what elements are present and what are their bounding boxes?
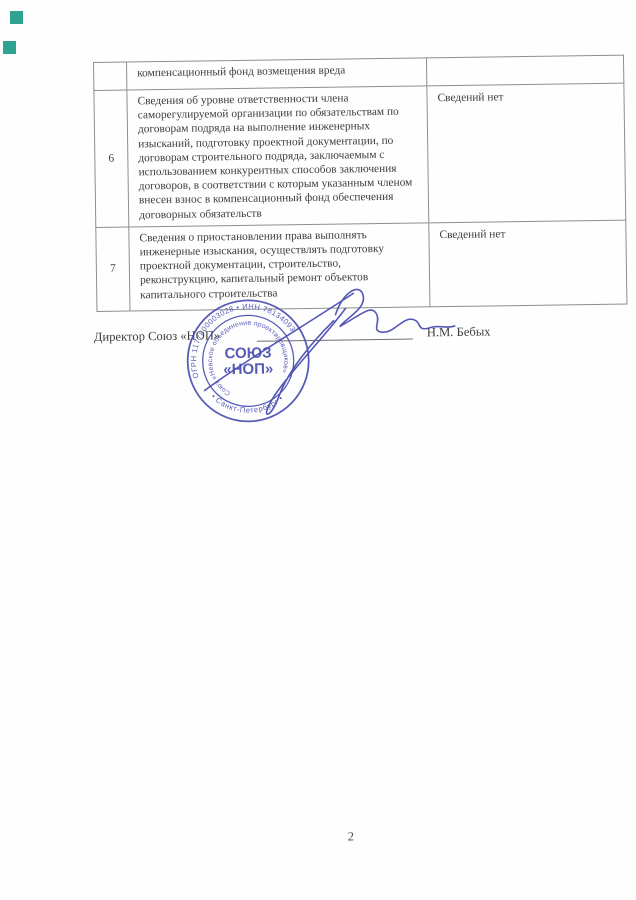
scan-tilt-wrapper: компенсационный фонд возмещения вреда 6 …	[0, 0, 636, 900]
registry-table: компенсационный фонд возмещения вреда 6 …	[93, 55, 627, 312]
scanned-page: компенсационный фонд возмещения вреда 6 …	[0, 0, 636, 900]
value-cell: Сведений нет	[427, 83, 626, 223]
signature-stroke	[335, 288, 455, 333]
row-number-cell: 7	[96, 227, 130, 311]
row-number-cell	[94, 62, 127, 90]
handwritten-signature	[175, 275, 467, 424]
row-number-cell: 6	[94, 90, 129, 227]
value-cell	[426, 55, 623, 86]
page-number: 2	[329, 829, 373, 845]
description-cell: Сведения об уровне ответственности члена…	[127, 86, 429, 227]
description-cell: компенсационный фонд возмещения вреда	[127, 58, 427, 90]
table-row: 6 Сведения об уровне ответственности чле…	[94, 83, 626, 227]
signature-stroke	[203, 293, 354, 390]
